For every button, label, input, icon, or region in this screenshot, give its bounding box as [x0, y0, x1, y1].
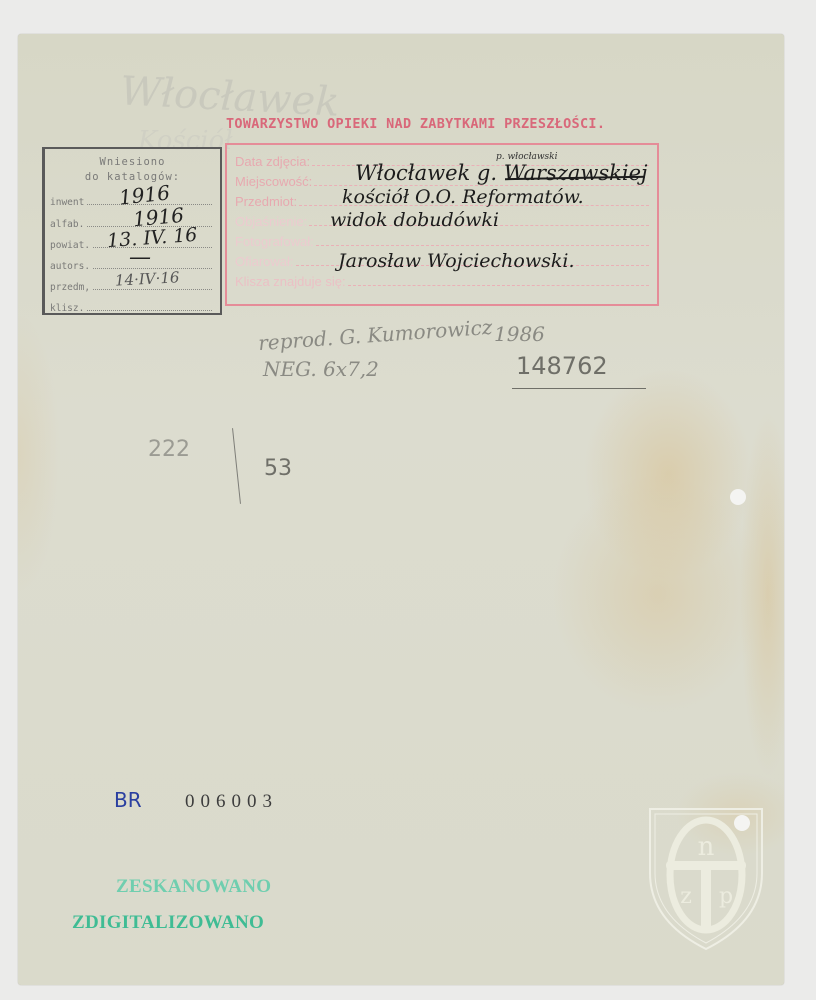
pencil-year: 1986 [494, 322, 545, 346]
svg-text:z: z [680, 884, 692, 909]
scanned-stamp: ZESKANOWANO [116, 876, 271, 898]
value-autors: — [129, 245, 151, 270]
field-klisza: Klisza znajduje się: [235, 269, 649, 289]
field-fotografowal: Fotografował: [235, 229, 649, 249]
catalogue-title-line1: Wniesiono [45, 155, 220, 170]
br-label: BR [114, 788, 142, 812]
value-przedm: 14·IV·16 [115, 268, 180, 289]
handwritten-subject: kościół O.O. Reformatów. [342, 186, 584, 208]
serial-number: 006003 [185, 791, 278, 813]
pencil-number-right: 53 [264, 456, 292, 481]
punch-hole-upper [730, 489, 746, 505]
catalogue-stamp: Wniesiono do katalogów: inwent alfab. po… [42, 147, 222, 315]
society-stamp-title: TOWARZYSTWO OPIEKI NAD ZABYTKAMI PRZESZŁ… [226, 116, 605, 132]
pencil-inventory-number: 148762 [516, 352, 608, 380]
catalogue-row-klisz: klisz. [50, 295, 212, 314]
handwritten-description: widok dobudówki [330, 209, 499, 231]
digitized-stamp: ZDIGITALIZOWANO [72, 912, 264, 934]
catalogue-title-line2: do katalogów: [45, 170, 220, 185]
pencil-number-left: 222 [148, 437, 190, 462]
handwritten-photographer: Jarosław Wojciechowski. [338, 250, 575, 272]
handwritten-place: Włocławek g. Warszawskiej [355, 161, 648, 185]
inventory-underline [512, 388, 646, 389]
svg-text:p: p [719, 884, 733, 909]
svg-text:n: n [698, 832, 715, 862]
shield-monogram-icon: n z p [646, 803, 766, 953]
pencil-negative: NEG. 6x7,2 [263, 357, 379, 381]
